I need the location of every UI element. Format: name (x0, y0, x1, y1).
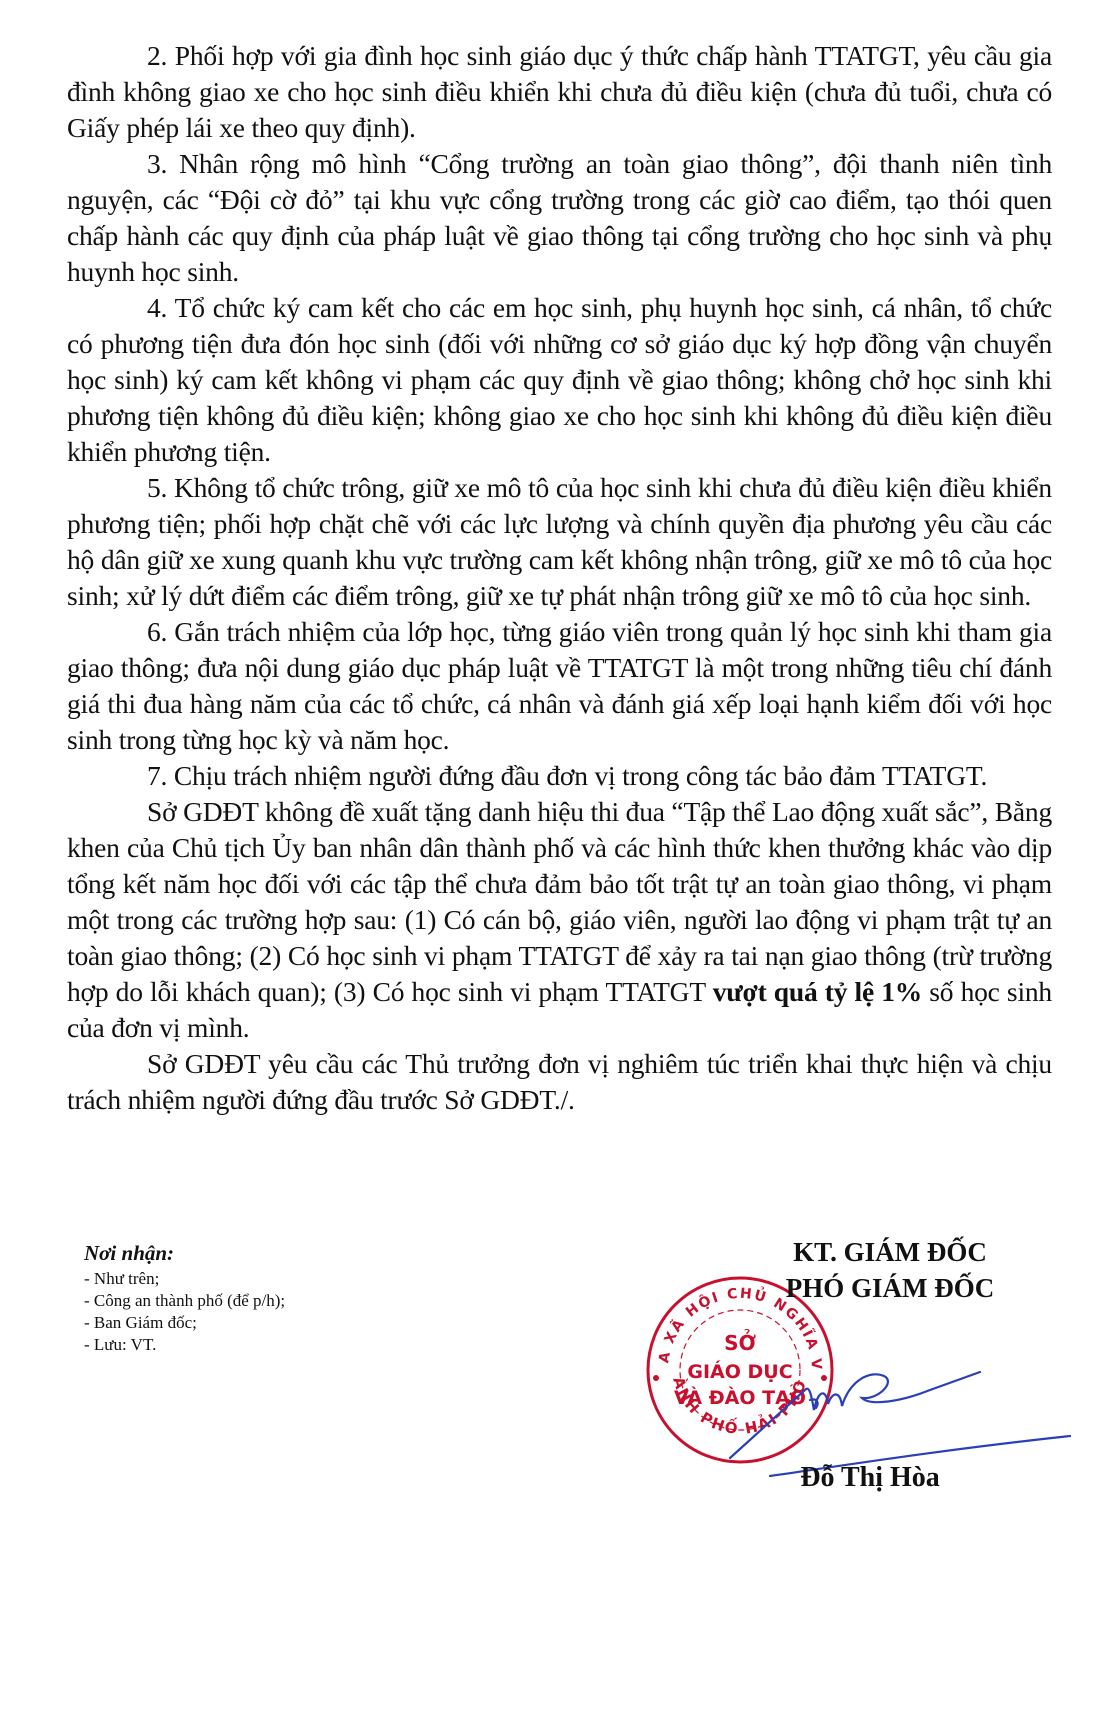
document-body: 2. Phối hợp với gia đình học sinh giáo d… (67, 38, 1052, 1118)
document-page: 2. Phối hợp với gia đình học sinh giáo d… (0, 0, 1117, 1709)
recipient-item: - Công an thành phố (để p/h); (84, 1290, 285, 1312)
bold-threshold: vượt quá tỷ lệ 1% (713, 976, 922, 1007)
paragraph-6: 6. Gắn trách nhiệm của lớp học, từng giá… (67, 614, 1052, 758)
paragraph-2: 2. Phối hợp với gia đình học sinh giáo d… (67, 38, 1052, 146)
paragraph-5: 5. Không tổ chức trông, giữ xe mô tô của… (67, 470, 1052, 614)
recipient-item: - Như trên; (84, 1268, 285, 1290)
paragraph-4: 4. Tổ chức ký cam kết cho các em học sin… (67, 290, 1052, 470)
recipients-title: Nơi nhận: (84, 1240, 285, 1266)
recipient-item: - Ban Giám đốc; (84, 1312, 285, 1334)
signature-block: KT. GIÁM ĐỐC PHÓ GIÁM ĐỐC (740, 1234, 1040, 1306)
signer-name: Đỗ Thị Hòa (770, 1462, 970, 1494)
recipient-item: - Lưu: VT. (84, 1334, 285, 1356)
paragraph-award-restriction: Sở GDĐT không đề xuất tặng danh hiệu thi… (67, 794, 1052, 1046)
paragraph-3: 3. Nhân rộng mô hình “Cổng trường an toà… (67, 146, 1052, 290)
recipients-block: Nơi nhận: - Như trên; - Công an thành ph… (84, 1240, 285, 1356)
signature-title-line1: KT. GIÁM ĐỐC (740, 1234, 1040, 1270)
paragraph-7: 7. Chịu trách nhiệm người đứng đầu đơn v… (67, 758, 1052, 794)
signature-title-line2: PHÓ GIÁM ĐỐC (740, 1270, 1040, 1306)
handwritten-signature-icon (700, 1340, 1080, 1480)
closing-paragraph: Sở GDĐT yêu cầu các Thủ trưởng đơn vị ng… (67, 1046, 1052, 1118)
